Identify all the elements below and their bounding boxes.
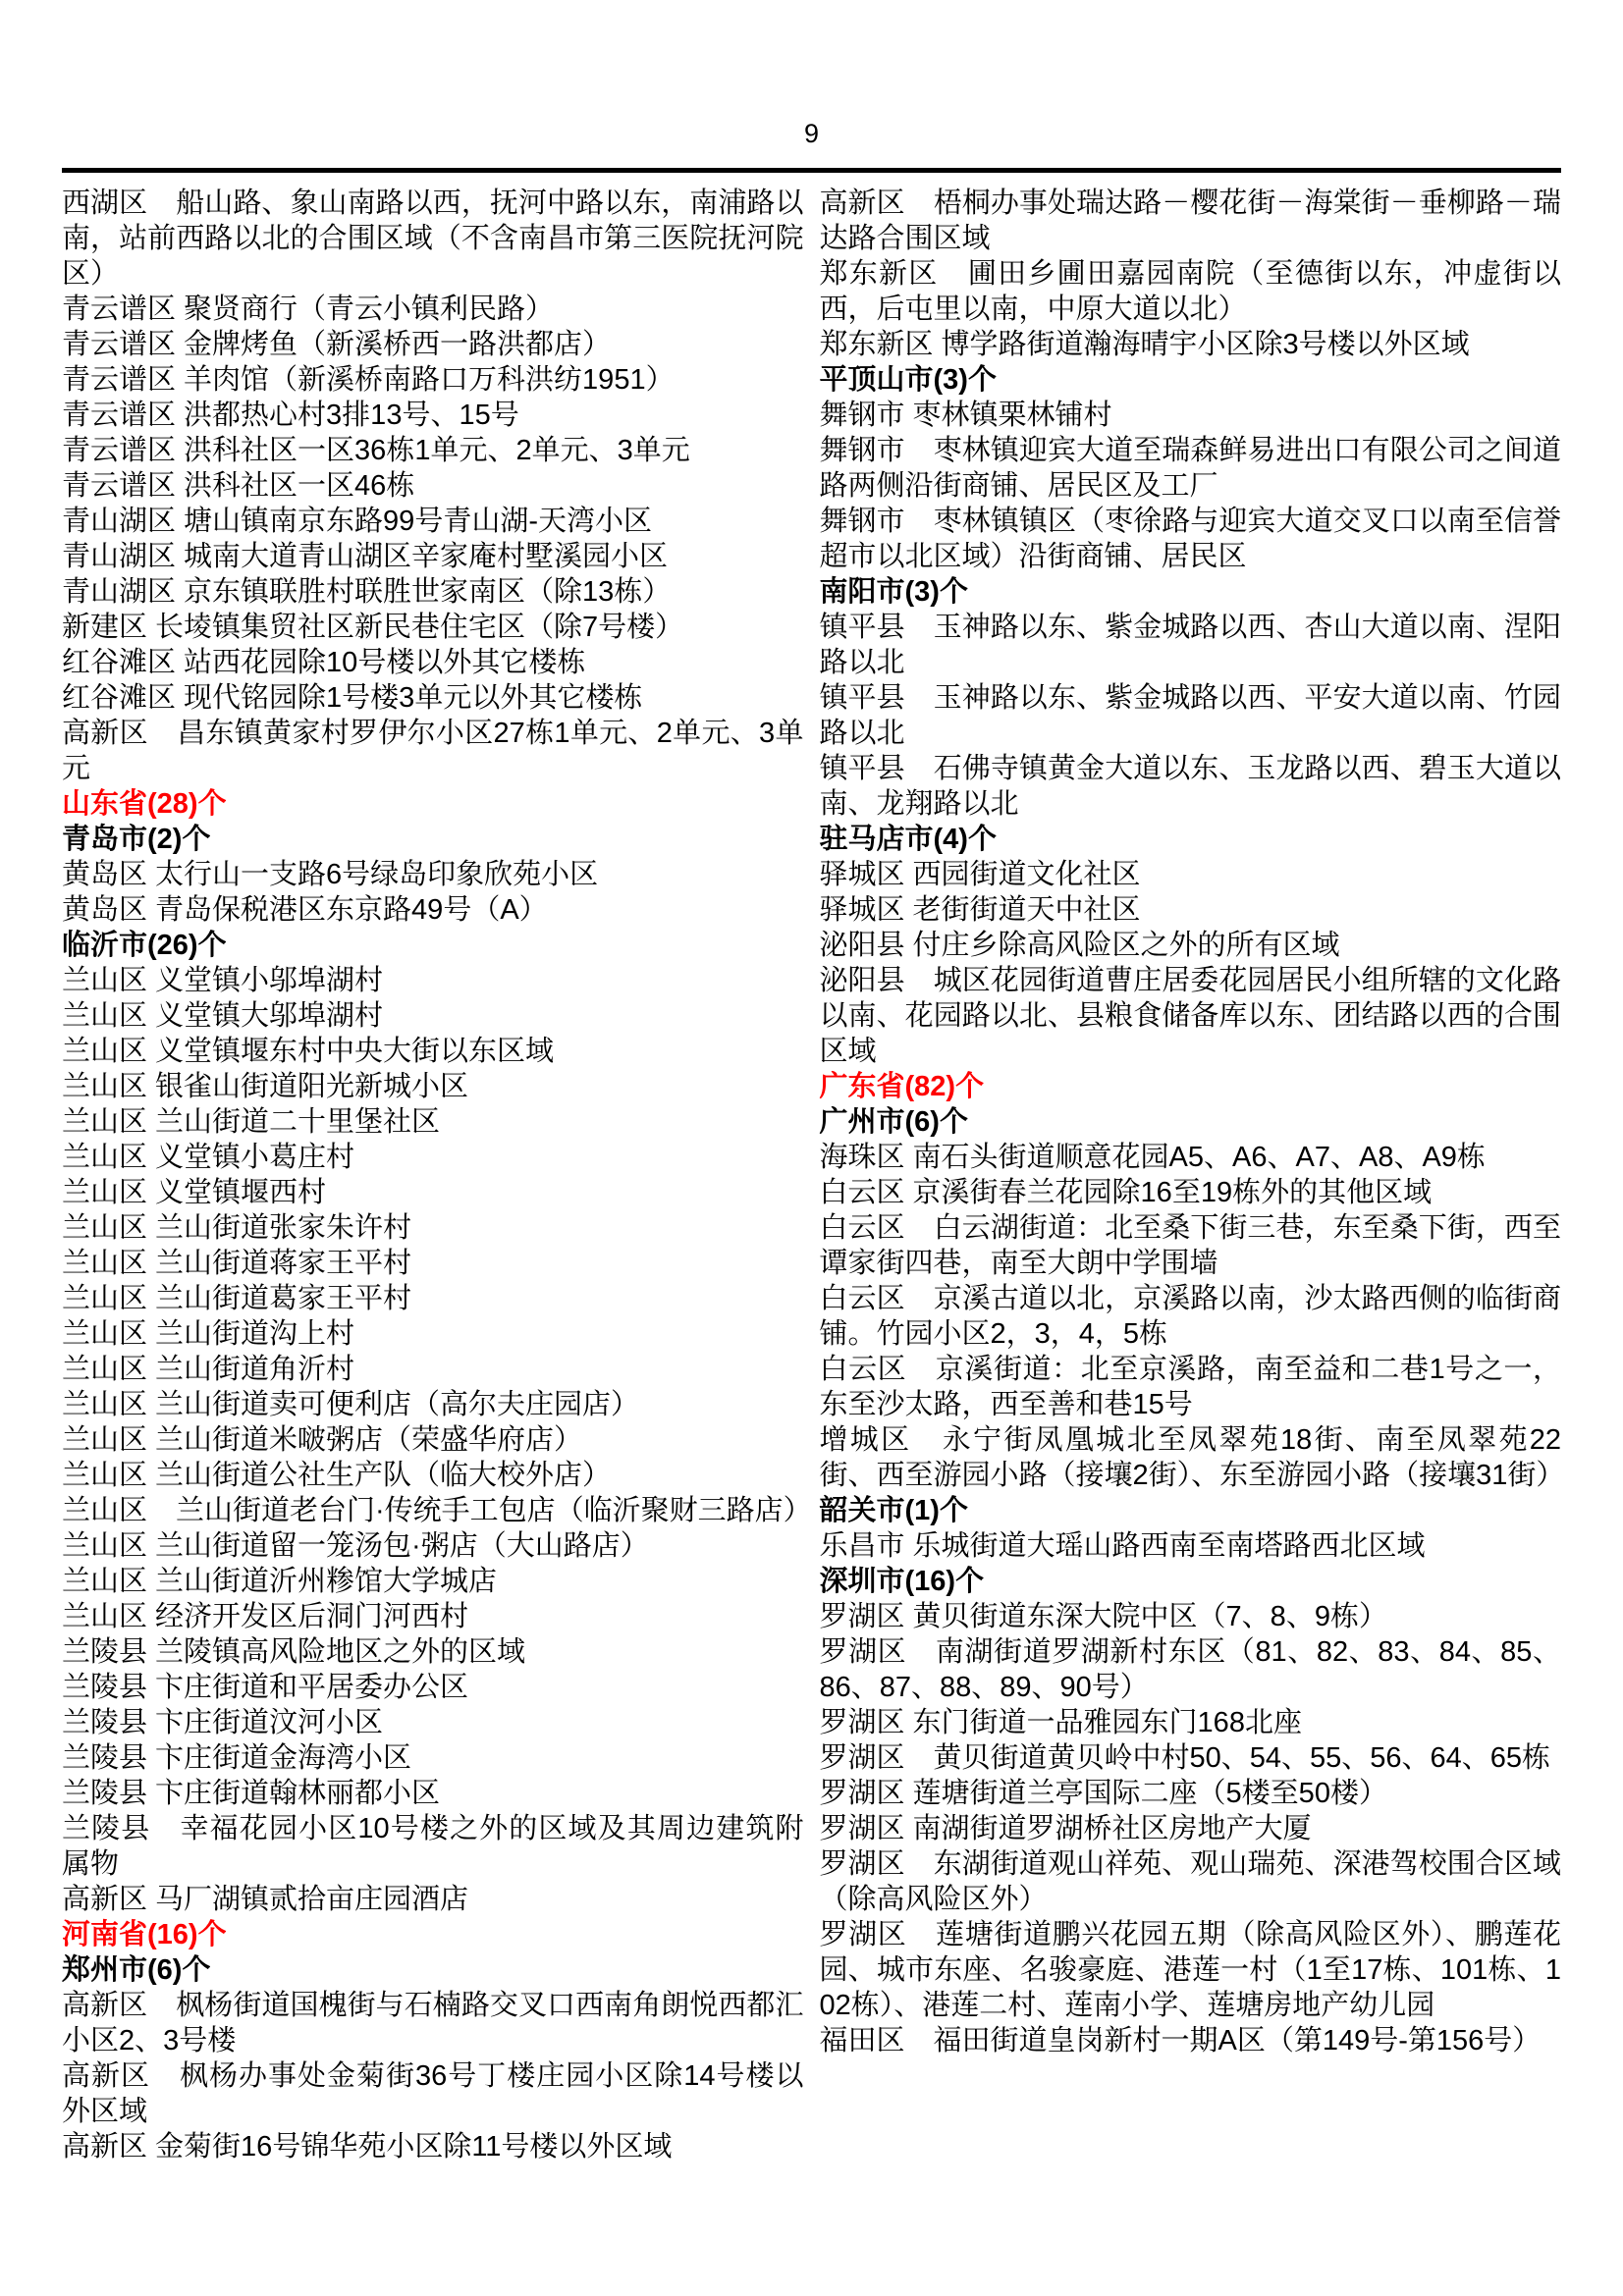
area-entry: 红谷滩区 站西花园除10号楼以外其它楼栋 — [62, 645, 804, 680]
area-entry: 黄岛区 太行山一支路6号绿岛印象欣苑小区 — [62, 857, 804, 892]
area-entry: 高新区 马厂湖镇贰拾亩庄园酒店 — [62, 1882, 804, 1917]
area-entry: 兰山区 义堂镇堰东村中央大街以东区域 — [62, 1034, 804, 1069]
area-entry: 兰山区 义堂镇小邬埠湖村 — [62, 963, 804, 998]
header-rule — [62, 168, 1561, 173]
page-number: 9 — [0, 0, 1623, 149]
area-entry: 镇平县 玉神路以东、紫金城路以西、杏山大道以南、涅阳路以北 — [820, 610, 1562, 680]
area-entry: 舞钢市 枣林镇镇区（枣徐路与迎宾大道交叉口以南至信誉超市以北区域）沿街商铺、居民… — [820, 504, 1562, 574]
city-header: 郑州市(6)个 — [62, 1952, 804, 1988]
area-entry: 罗湖区 南湖街道罗湖桥社区房地产大厦 — [820, 1811, 1562, 1846]
area-entry: 兰陵县 卞庄街道汶河小区 — [62, 1705, 804, 1740]
area-entry: 兰山区 兰山街道角沂村 — [62, 1352, 804, 1387]
area-entry: 罗湖区 东湖街道观山祥苑、观山瑞苑、深港驾校围合区域（除高风险区外） — [820, 1846, 1562, 1917]
area-entry: 罗湖区 莲塘街道鹏兴花园五期（除高风险区外）、鹏莲花园、城市东座、名骏豪庭、港莲… — [820, 1917, 1562, 2023]
city-header: 韶关市(1)个 — [820, 1493, 1562, 1528]
area-entry: 镇平县 石佛寺镇黄金大道以东、玉龙路以西、碧玉大道以南、龙翔路以北 — [820, 751, 1562, 822]
area-entry: 青云谱区 聚贤商行（青云小镇利民路） — [62, 292, 804, 327]
area-entry: 兰山区 义堂镇小葛庄村 — [62, 1140, 804, 1175]
city-header: 临沂市(26)个 — [62, 928, 804, 963]
area-entry: 兰山区 经济开发区后洞门河西村 — [62, 1599, 804, 1634]
province-header: 河南省(16)个 — [62, 1917, 804, 1952]
area-entry: 青山湖区 京东镇联胜村联胜世家南区（除13栋） — [62, 574, 804, 610]
area-entry: 西湖区 船山路、象山南路以西，抚河中路以东，南浦路以南，站前西路以北的合围区域（… — [62, 186, 804, 292]
city-header: 深圳市(16)个 — [820, 1564, 1562, 1599]
area-entry: 泌阳县 城区花园街道曹庄居委花园居民小组所辖的文化路以南、花园路以北、县粮食储备… — [820, 963, 1562, 1069]
area-entry: 高新区 枫杨办事处金菊街36号丁楼庄园小区除14号楼以外区域 — [62, 2058, 804, 2129]
area-entry: 新建区 长堎镇集贸社区新民巷住宅区（除7号楼） — [62, 610, 804, 645]
area-entry: 兰陵县 兰陵镇高风险地区之外的区域 — [62, 1634, 804, 1670]
province-header: 山东省(28)个 — [62, 786, 804, 822]
right-column: 高新区 梧桐办事处瑞达路－樱花街－海棠街－垂柳路－瑞达路合围区域郑东新区 圃田乡… — [820, 186, 1562, 2164]
area-entry: 福田区 福田街道皇岗新村一期A区（第149号-第156号） — [820, 2023, 1562, 2058]
area-entry: 兰山区 兰山街道蒋家王平村 — [62, 1246, 804, 1281]
area-entry: 青山湖区 塘山镇南京东路99号青山湖-天湾小区 — [62, 504, 804, 539]
area-entry: 郑东新区 圃田乡圃田嘉园南院（至德街以东，冲虚街以西，后屯里以南，中原大道以北） — [820, 256, 1562, 327]
area-entry: 郑东新区 博学路街道瀚海晴宇小区除3号楼以外区域 — [820, 327, 1562, 362]
province-header: 广东省(82)个 — [820, 1069, 1562, 1104]
area-entry: 高新区 梧桐办事处瑞达路－樱花街－海棠街－垂柳路－瑞达路合围区域 — [820, 186, 1562, 256]
area-entry: 青云谱区 洪科社区一区36栋1单元、2单元、3单元 — [62, 433, 804, 468]
area-entry: 罗湖区 南湖街道罗湖新村东区（81、82、83、84、85、86、87、88、8… — [820, 1634, 1562, 1705]
area-entry: 兰山区 兰山街道米啵粥店（荣盛华府店） — [62, 1422, 804, 1458]
area-entry: 舞钢市 枣林镇迎宾大道至瑞森鲜易进出口有限公司之间道路两侧沿街商铺、居民区及工厂 — [820, 433, 1562, 504]
area-entry: 海珠区 南石头街道顺意花园A5、A6、A7、A8、A9栋 — [820, 1140, 1562, 1175]
area-entry: 兰山区 兰山街道留一笼汤包·粥店（大山路店） — [62, 1528, 804, 1564]
document-page: 9 西湖区 船山路、象山南路以西，抚河中路以东，南浦路以南，站前西路以北的合围区… — [0, 0, 1623, 2296]
area-entry: 兰山区 兰山街道老台门·传统手工包店（临沂聚财三路店） — [62, 1493, 804, 1528]
area-entry: 兰山区 兰山街道张家朱许村 — [62, 1210, 804, 1246]
area-entry: 罗湖区 黄贝街道东深大院中区（7、8、9栋） — [820, 1599, 1562, 1634]
area-entry: 白云区 京溪街道：北至京溪路，南至益和二巷1号之一，东至沙太路，西至善和巷15号 — [820, 1352, 1562, 1422]
area-entry: 兰山区 兰山街道卖可便利店（高尔夫庄园店） — [62, 1387, 804, 1422]
area-entry: 青云谱区 洪都热心村3排13号、15号 — [62, 398, 804, 433]
area-entry: 白云区 白云湖街道：北至桑下街三巷，东至桑下街，西至谭家街四巷，南至大朗中学围墙 — [820, 1210, 1562, 1281]
area-entry: 高新区 金菊街16号锦华苑小区除11号楼以外区域 — [62, 2129, 804, 2164]
area-entry: 罗湖区 莲塘街道兰亭国际二座（5楼至50楼） — [820, 1776, 1562, 1811]
city-header: 驻马店市(4)个 — [820, 822, 1562, 857]
area-entry: 青云谱区 金牌烤鱼（新溪桥西一路洪都店） — [62, 327, 804, 362]
area-entry: 舞钢市 枣林镇栗林铺村 — [820, 398, 1562, 433]
area-entry: 兰山区 兰山街道葛家王平村 — [62, 1281, 804, 1316]
area-entry: 驿城区 西园街道文化社区 — [820, 857, 1562, 892]
area-entry: 泌阳县 付庄乡除高风险区之外的所有区域 — [820, 928, 1562, 963]
area-entry: 驿城区 老街街道天中社区 — [820, 892, 1562, 928]
area-entry: 罗湖区 黄贝街道黄贝岭中村50、54、55、56、64、65栋 — [820, 1740, 1562, 1776]
city-header: 平顶山市(3)个 — [820, 362, 1562, 398]
left-column: 西湖区 船山路、象山南路以西，抚河中路以东，南浦路以南，站前西路以北的合围区域（… — [62, 186, 804, 2164]
area-entry: 兰山区 兰山街道沂州糁馆大学城店 — [62, 1564, 804, 1599]
area-entry: 兰山区 兰山街道公社生产队（临大校外店） — [62, 1458, 804, 1493]
area-entry: 青山湖区 城南大道青山湖区辛家庵村墅溪园小区 — [62, 539, 804, 574]
area-entry: 白云区 京溪古道以北，京溪路以南，沙太路西侧的临街商铺。竹园小区2，3，4，5栋 — [820, 1281, 1562, 1352]
area-entry: 兰陵县 卞庄街道和平居委办公区 — [62, 1670, 804, 1705]
area-entry: 兰山区 兰山街道沟上村 — [62, 1316, 804, 1352]
city-header: 青岛市(2)个 — [62, 822, 804, 857]
city-header: 南阳市(3)个 — [820, 574, 1562, 610]
two-column-layout: 西湖区 船山路、象山南路以西，抚河中路以东，南浦路以南，站前西路以北的合围区域（… — [62, 186, 1561, 2164]
area-entry: 兰陵县 卞庄街道翰林丽都小区 — [62, 1776, 804, 1811]
area-entry: 罗湖区 东门街道一品雅园东门168北座 — [820, 1705, 1562, 1740]
area-entry: 白云区 京溪街春兰花园除16至19栋外的其他区域 — [820, 1175, 1562, 1210]
area-entry: 增城区 永宁街凤凰城北至凤翠苑18街、南至凤翠苑22街、西至游园小路（接壤2街）… — [820, 1422, 1562, 1493]
area-entry: 兰山区 义堂镇大邬埠湖村 — [62, 998, 804, 1034]
area-entry: 高新区 昌东镇黄家村罗伊尔小区27栋1单元、2单元、3单元 — [62, 716, 804, 786]
area-entry: 红谷滩区 现代铭园除1号楼3单元以外其它楼栋 — [62, 680, 804, 716]
area-entry: 黄岛区 青岛保税港区东京路49号（A） — [62, 892, 804, 928]
area-entry: 兰山区 兰山街道二十里堡社区 — [62, 1104, 804, 1140]
area-entry: 青云谱区 羊肉馆（新溪桥南路口万科洪纺1951） — [62, 362, 804, 398]
area-entry: 兰山区 义堂镇堰西村 — [62, 1175, 804, 1210]
area-entry: 乐昌市 乐城街道大瑶山路西南至南塔路西北区域 — [820, 1528, 1562, 1564]
area-entry: 兰陵县 幸福花园小区10号楼之外的区域及其周边建筑附属物 — [62, 1811, 804, 1882]
area-entry: 镇平县 玉神路以东、紫金城路以西、平安大道以南、竹园路以北 — [820, 680, 1562, 751]
area-entry: 青云谱区 洪科社区一区46栋 — [62, 468, 804, 504]
area-entry: 兰山区 银雀山街道阳光新城小区 — [62, 1069, 804, 1104]
city-header: 广州市(6)个 — [820, 1104, 1562, 1140]
area-entry: 高新区 枫杨街道国槐街与石楠路交叉口西南角朗悦西都汇小区2、3号楼 — [62, 1988, 804, 2058]
area-entry: 兰陵县 卞庄街道金海湾小区 — [62, 1740, 804, 1776]
